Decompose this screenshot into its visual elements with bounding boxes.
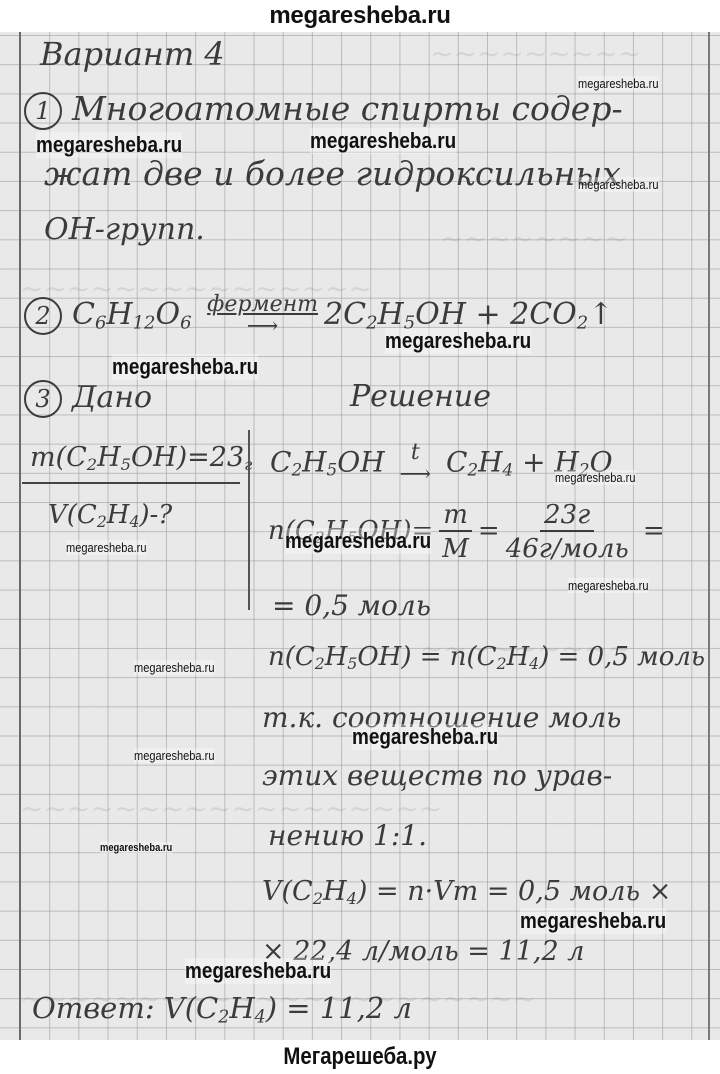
value-fraction: 23г46г/моль (506, 502, 629, 562)
watermark: megaresheba.ru (36, 132, 182, 158)
left-margin-line (19, 32, 21, 1040)
task2-products: 2C2H5OH + 2CO2↑ (324, 297, 613, 332)
watermark: megaresheba.ru (568, 578, 648, 593)
right-margin-line (708, 32, 710, 1040)
heat-arrow: t⟶ (400, 442, 432, 486)
watermark: megaresheba.ru (112, 354, 258, 380)
watermark: megaresheba.ru (134, 660, 214, 675)
given-unknown: V(C2H4)-? (48, 502, 172, 530)
task1-number: 1 (24, 92, 62, 130)
given-label: Дано (72, 380, 152, 415)
value-denominator: 46г/моль (506, 532, 629, 562)
task3-number: 3 (24, 380, 62, 418)
watermark: megaresheba.ru (285, 528, 431, 554)
arrow-icon: ⟶ (247, 316, 279, 338)
volume-line1: V(C2H4) = n·Vm = 0,5 моль × (262, 878, 671, 907)
bleed-through-text: ~~~~~~~~ (440, 222, 628, 255)
bleed-through-text: ~~~~~~~~~ (430, 37, 641, 70)
fraction-denominator: M (442, 532, 469, 562)
watermark: megaresheba.ru (100, 842, 172, 854)
task2-reactant: C6H12O6 (72, 297, 192, 332)
given-divider-line (22, 482, 240, 484)
task1-line1: 1Многоатомные спирты содер- (24, 92, 623, 130)
variant-heading: Вариант 4 (40, 38, 225, 70)
reason-line3: нению 1:1. (268, 822, 427, 850)
notebook-page: ~~~~~~~~~ ~~~~~~~~ ~~~~~~~~~~~~~~~ ~~~~~… (0, 32, 720, 1040)
watermark: megaresheba.ru (66, 540, 146, 555)
watermark: megaresheba.ru (520, 908, 666, 934)
task1-text-line1: Многоатомные спирты содер- (72, 89, 623, 128)
watermark: megaresheba.ru (185, 958, 331, 984)
fraction-numerator: m (439, 502, 472, 532)
watermark: megaresheba.ru (352, 724, 498, 750)
task1-line3: ОН-групп. (44, 215, 205, 245)
solution-header: Решение (350, 382, 491, 412)
given-solution-divider (248, 430, 250, 610)
reason-line2: этих веществ по урав- (262, 762, 612, 790)
heat-condition: t (411, 442, 420, 464)
bottom-site-banner: Мегарешеба.ру (54, 1040, 666, 1074)
arrow-icon: ⟶ (400, 464, 432, 486)
arrow-label: фермент (207, 294, 318, 316)
watermark: megaresheba.ru (134, 748, 214, 763)
task1-line2: жат две и более гидроксильных (44, 157, 621, 190)
value-numerator: 23г (540, 502, 594, 532)
watermark: megaresheba.ru (310, 128, 456, 154)
watermark: megaresheba.ru (555, 470, 635, 485)
formula-fraction: mM (439, 502, 472, 562)
task3-given-header: 3Дано (24, 380, 152, 418)
task2-number: 2 (24, 297, 62, 335)
enzyme-arrow: фермент⟶ (207, 294, 318, 338)
moles-equality: n(C2H5OH) = n(C2H4) = 0,5 моль (268, 644, 705, 672)
watermark: megaresheba.ru (578, 76, 658, 91)
moles-result: = 0,5 моль (272, 592, 431, 620)
watermark: megaresheba.ru (578, 177, 658, 192)
watermark: megaresheba.ru (385, 328, 531, 354)
top-site-banner: megaresheba.ru (0, 0, 720, 32)
given-known: m(C2H5OH)=23г (30, 444, 252, 473)
final-answer: Ответ: V(C2H4) = 11,2 л (32, 994, 412, 1027)
